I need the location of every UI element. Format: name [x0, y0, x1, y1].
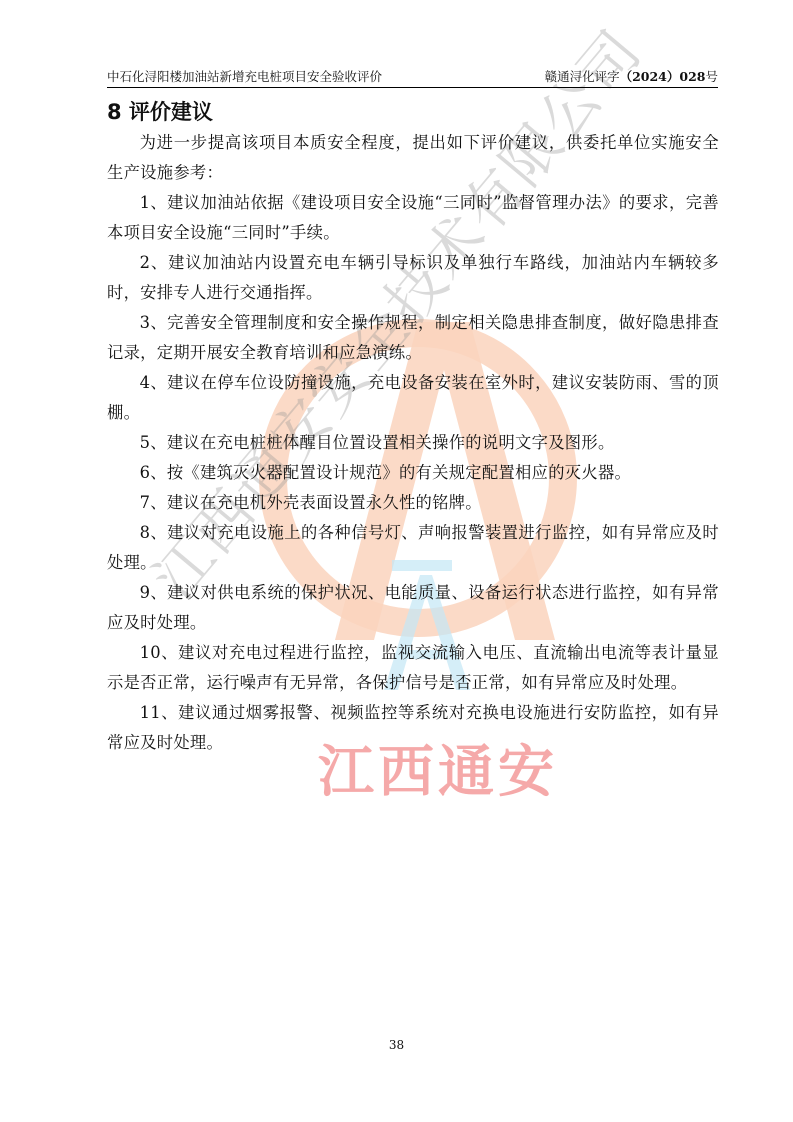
- recommendation-item: 8、建议对充电设施上的各种信号灯、声响报警装置进行监控，如有异常应及时处理。: [107, 518, 719, 578]
- intro-paragraph: 为进一步提高该项目本质安全程度，提出如下评价建议，供委托单位实施安全生产设施参考…: [107, 128, 719, 188]
- page-number: 38: [0, 1038, 793, 1052]
- recommendation-item: 3、完善安全管理制度和安全操作规程，制定相关隐患排查制度，做好隐患排查记录，定期…: [107, 308, 719, 368]
- section-title: 8 评价建议: [107, 96, 213, 126]
- doc-code-prefix: 赣通浔化评字: [545, 69, 620, 84]
- recommendation-item: 9、建议对供电系统的保护状况、电能质量、设备运行状态进行监控，如有异常应及时处理…: [107, 578, 719, 638]
- recommendation-item: 4、建议在停车位设防撞设施，充电设备安装在室外时，建议安装防雨、雪的顶棚。: [107, 368, 719, 428]
- recommendation-item: 10、建议对充电过程进行监控，监视交流输入电压、直流输出电流等表计量显示是否正常…: [107, 638, 719, 698]
- recommendation-item: 11、建议通过烟雾报警、视频监控等系统对充换电设施进行安防监控，如有异常应及时处…: [107, 698, 719, 758]
- recommendation-item: 7、建议在充电机外壳表面设置永久性的铭牌。: [107, 488, 719, 518]
- doc-code-year: （2024）028: [620, 69, 706, 84]
- page-header: 中石化浔阳楼加油站新增充电桩项目安全验收评价 赣通浔化评字（2024）028号: [107, 68, 718, 88]
- project-title: 中石化浔阳楼加油站新增充电桩项目安全验收评价: [107, 67, 382, 85]
- document-body: 为进一步提高该项目本质安全程度，提出如下评价建议，供委托单位实施安全生产设施参考…: [107, 128, 719, 758]
- recommendation-item: 5、建议在充电桩桩体醒目位置设置相关操作的说明文字及图形。: [107, 428, 719, 458]
- recommendation-item: 6、按《建筑灭火器配置设计规范》的有关规定配置相应的灭火器。: [107, 458, 719, 488]
- recommendation-item: 2、建议加油站内设置充电车辆引导标识及单独行车路线，加油站内车辆较多时，安排专人…: [107, 248, 719, 308]
- doc-code-suffix: 号: [705, 69, 718, 84]
- document-code: 赣通浔化评字（2024）028号: [545, 67, 718, 85]
- recommendation-item: 1、建议加油站依据《建设项目安全设施“三同时”监督管理办法》的要求，完善本项目安…: [107, 188, 719, 248]
